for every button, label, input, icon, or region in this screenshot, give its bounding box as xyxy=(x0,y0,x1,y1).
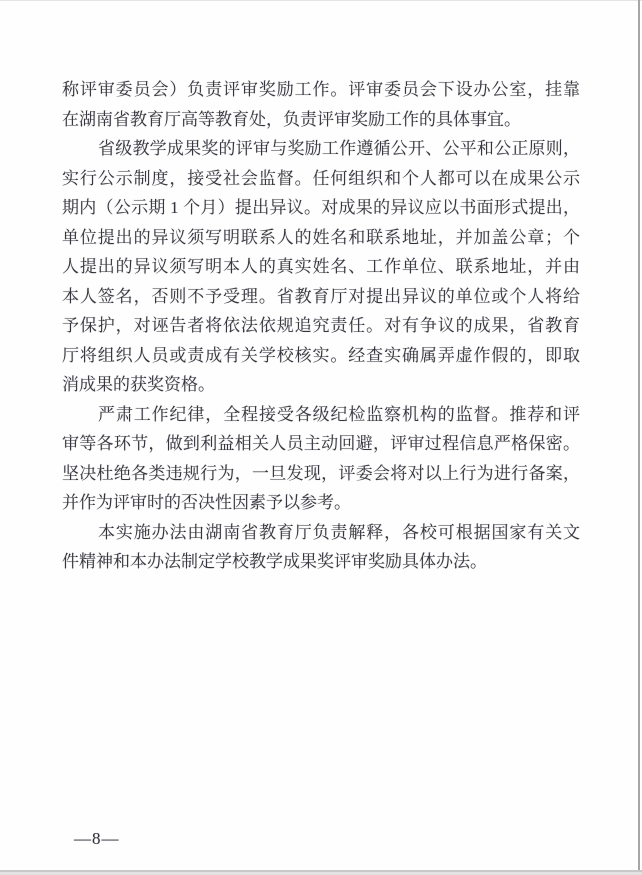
text-line: 省级教学成果奖的评审与奖励工作遵循公开、公平和公正原则， xyxy=(62,134,580,164)
page-edge-right xyxy=(638,0,640,875)
text-line: 单位提出的异议须写明联系人的姓名和联系地址，并加盖公章；个 xyxy=(62,223,580,253)
text-line: 称评审委员会）负责评审奖励工作。评审委员会下设办公室，挂靠 xyxy=(62,75,580,105)
page-number: —8— xyxy=(74,828,120,850)
text-line: 本人签名，否则不予受理。省教育厅对提出异议的单位或个人将给 xyxy=(62,282,580,312)
text-line: 消成果的获奖资格。 xyxy=(62,370,580,400)
page-edge-bottom xyxy=(0,870,642,875)
text-line: 件精神和本办法制定学校教学成果奖评审奖励具体办法。 xyxy=(62,547,580,577)
text-line: 期内（公示期 1 个月）提出异议。对成果的异议应以书面形式提出， xyxy=(62,193,580,223)
text-line: 在湖南省教育厅高等教育处，负责评审奖励工作的具体事宜。 xyxy=(62,105,580,135)
text-line: 坚决杜绝各类违规行为，一旦发现，评委会将对以上行为进行备案， xyxy=(62,459,580,489)
text-line: 予保护，对诬告者将依法依规追究责任。对有争议的成果，省教育 xyxy=(62,311,580,341)
text-line: 实行公示制度，接受社会监督。任何组织和个人都可以在成果公示 xyxy=(62,164,580,194)
text-line: 人提出的异议须写明本人的真实姓名、工作单位、联系地址，并由 xyxy=(62,252,580,282)
page-edge-top xyxy=(0,0,642,1)
text-line: 本实施办法由湖南省教育厅负责解释，各校可根据国家有关文 xyxy=(62,518,580,548)
text-line: 审等各环节，做到利益相关人员主动回避，评审过程信息严格保密。 xyxy=(62,429,580,459)
text-line: 严肃工作纪律，全程接受各级纪检监察机构的监督。推荐和评 xyxy=(62,400,580,430)
page: 称评审委员会）负责评审奖励工作。评审委员会下设办公室，挂靠在湖南省教育厅高等教育… xyxy=(0,0,642,875)
document-body: 称评审委员会）负责评审奖励工作。评审委员会下设办公室，挂靠在湖南省教育厅高等教育… xyxy=(62,75,580,577)
text-line: 并作为评审时的否决性因素予以参考。 xyxy=(62,488,580,518)
text-line: 厅将组织人员或责成有关学校核实。经查实确属弄虚作假的，即取 xyxy=(62,341,580,371)
